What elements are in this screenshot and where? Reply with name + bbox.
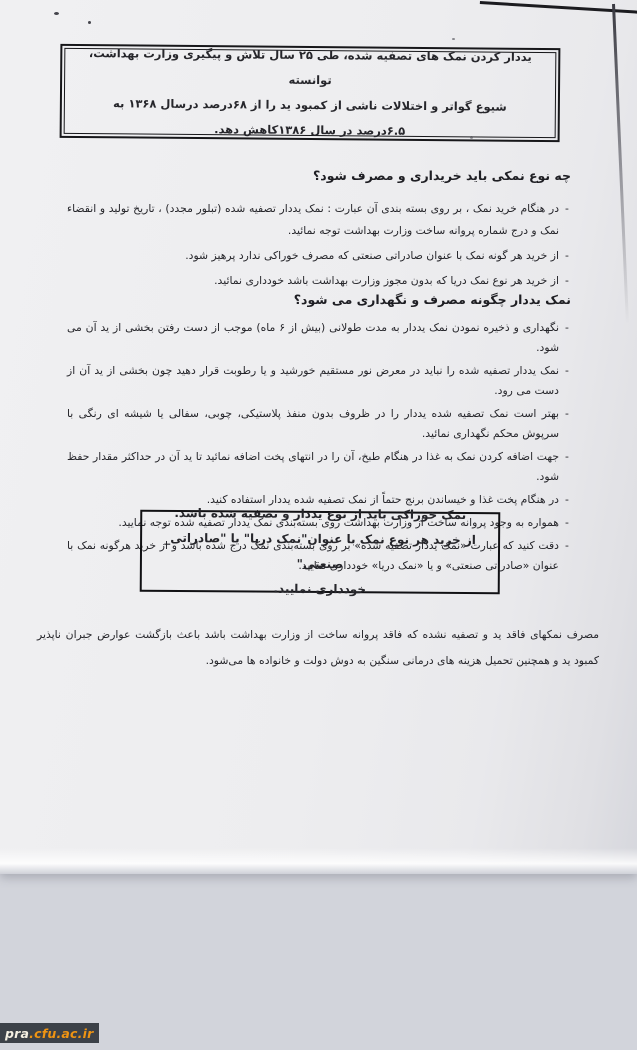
- list-item-text: بهتر است نمک تصفیه شده یددار را در ظروف …: [67, 404, 559, 444]
- watermark-badge: pra.cfu.ac.ir: [0, 1023, 99, 1043]
- list-item-text: در هنگام خرید نمک ، بر روی بسته بندی آن …: [67, 198, 559, 242]
- watermark-suffix: .cfu.ac.ir: [29, 1026, 93, 1041]
- intro-line: شیوع گواتر و اختلالات ناشی از کمبود ید ر…: [113, 91, 507, 119]
- dash-marker: -: [559, 536, 575, 576]
- list-item: - در هنگام خرید نمک ، بر روی بسته بندی آ…: [67, 198, 575, 242]
- intro-line: یددار کردن نمک های تصفیه شده، طی ۲۵ سال …: [65, 41, 555, 95]
- section1-heading: چه نوع نمکی باید خریداری و مصرف شود؟: [313, 168, 571, 183]
- warning-line: خودداری نمایید.: [273, 577, 366, 603]
- list-item: - از خرید هر نوع نمک دریا که بدون مجوز و…: [67, 270, 575, 292]
- list-item: - نمک یددار تصفیه شده را نباید در معرض ن…: [67, 361, 575, 401]
- list-item: - نگهداری و ذخیره نمودن نمک یددار به مدت…: [67, 318, 575, 358]
- paper-edge-shadow: [612, 4, 629, 324]
- list-item-text: نگهداری و ذخیره نمودن نمک یددار به مدت ط…: [67, 318, 559, 358]
- scan-speck: [54, 12, 59, 15]
- scanned-page: یددار کردن نمک های تصفیه شده، طی ۲۵ سال …: [0, 0, 637, 874]
- warning-box: نمک خوراکی باید از نوع یددار و تصفیه شده…: [140, 510, 501, 595]
- list-item-text: نمک یددار تصفیه شده را نباید در معرض نور…: [67, 361, 559, 401]
- scan-speck: [452, 38, 455, 40]
- list-item: - از خرید هر گونه نمک با عنوان صادراتی ص…: [67, 245, 575, 267]
- section1-bullet-list: - در هنگام خرید نمک ، بر روی بسته بندی آ…: [67, 198, 575, 295]
- dash-marker: -: [559, 447, 575, 487]
- list-item-text: از خرید هر نوع نمک دریا که بدون مجوز وزا…: [67, 270, 559, 292]
- section2-heading: نمک یددار چگونه مصرف و نگهداری می شود؟: [294, 292, 571, 307]
- dash-marker: -: [559, 361, 575, 401]
- dash-marker: -: [559, 270, 575, 292]
- intro-statement-inner: یددار کردن نمک های تصفیه شده، طی ۲۵ سال …: [64, 48, 557, 138]
- scan-speck: [470, 136, 473, 139]
- dash-marker: -: [559, 490, 575, 510]
- intro-statement-box: یددار کردن نمک های تصفیه شده، طی ۲۵ سال …: [60, 44, 561, 142]
- scan-speck: [88, 21, 91, 24]
- dash-marker: -: [559, 513, 575, 533]
- list-item: - جهت اضافه کردن نمک به غذا در هنگام طبخ…: [67, 447, 575, 487]
- warning-line: نمک خوراکی باید از نوع یددار و تصفیه شده…: [174, 501, 466, 528]
- scanned-document-view: یددار کردن نمک های تصفیه شده، طی ۲۵ سال …: [0, 0, 637, 1050]
- watermark-prefix: pra: [5, 1026, 29, 1041]
- closing-paragraph: مصرف نمکهای فاقد ید و تصفیه نشده که فاقد…: [37, 622, 599, 674]
- list-item: - بهتر است نمک تصفیه شده یددار را در ظرو…: [67, 404, 575, 444]
- list-item-text: از خرید هر گونه نمک با عنوان صادراتی صنع…: [67, 245, 559, 267]
- dash-marker: -: [559, 245, 575, 267]
- intro-line: ۶.۵درصد در سال ۱۳۸۶کاهش دهد.: [214, 117, 405, 144]
- dash-marker: -: [559, 198, 575, 242]
- dash-marker: -: [559, 404, 575, 444]
- dash-marker: -: [559, 318, 575, 358]
- warning-line: از خرید هر نوع نمک با عنوان"نمک دریا" یا…: [142, 526, 498, 578]
- list-item-text: جهت اضافه کردن نمک به غذا در هنگام طبخ، …: [67, 447, 559, 487]
